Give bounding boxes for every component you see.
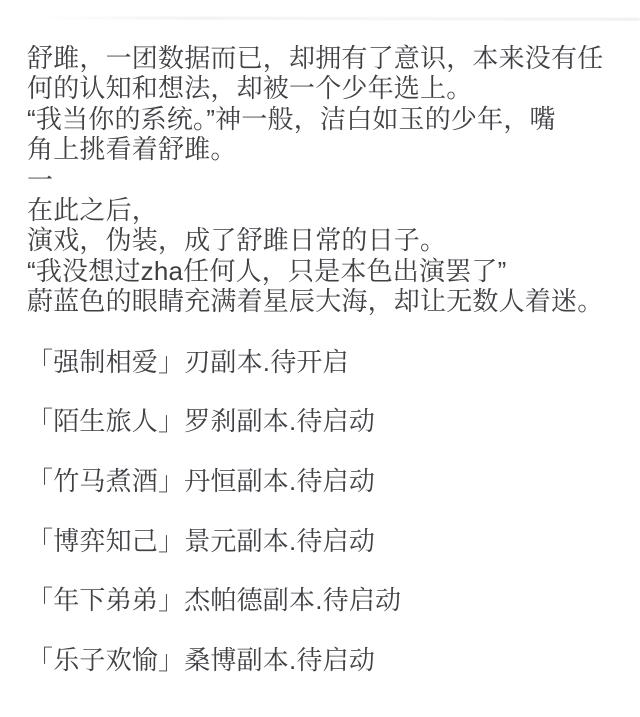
story-text-line: 何的认知和想法，却被一个少年选上。 xyxy=(27,73,628,103)
novel-page: 舒雎，一团数据而已，却拥有了意识，本来没有任 何的认知和想法，却被一个少年选上。… xyxy=(0,0,640,717)
story-text-line: 演戏，伪装，成了舒雎日常的日子。 xyxy=(27,225,628,255)
quest-list-item: 「乐子欢愉」桑博副本.待启动 xyxy=(27,645,628,675)
quest-list-item: 「年下弟弟」杰帕德副本.待启动 xyxy=(27,585,628,615)
story-text-line: 在此之后， xyxy=(27,195,628,225)
story-text-line: “我没想过zha任何人，只是本色出演罢了” xyxy=(27,256,628,286)
story-text-line: 舒雎，一团数据而已，却拥有了意识，本来没有任 xyxy=(27,43,628,73)
quest-list: 「强制相爱」刃副本.待开启 「陌生旅人」罗刹副本.待启动 「竹马煮酒」丹恒副本.… xyxy=(27,347,628,675)
story-content: 舒雎，一团数据而已，却拥有了意识，本来没有任 何的认知和想法，却被一个少年选上。… xyxy=(27,43,628,675)
story-text-line: “我当你的系统。”神一般，洁白如玉的少年，嘴 xyxy=(27,104,628,134)
story-text-line: 一 xyxy=(27,165,628,195)
story-paragraph: 舒雎，一团数据而已，却拥有了意识，本来没有任 何的认知和想法，却被一个少年选上。… xyxy=(27,43,628,317)
story-text-line: 蔚蓝色的眼睛充满着星辰大海，却让无数人着迷。 xyxy=(27,286,628,316)
page-top-edge-shadow xyxy=(38,16,640,21)
quest-list-item: 「强制相爱」刃副本.待开启 xyxy=(27,347,628,377)
quest-list-item: 「博弈知己」景元副本.待启动 xyxy=(27,526,628,556)
quest-list-item: 「竹马煮酒」丹恒副本.待启动 xyxy=(27,466,628,496)
quest-list-item: 「陌生旅人」罗刹副本.待启动 xyxy=(27,406,628,436)
story-text-line: 角上挑看着舒雎。 xyxy=(27,134,628,164)
